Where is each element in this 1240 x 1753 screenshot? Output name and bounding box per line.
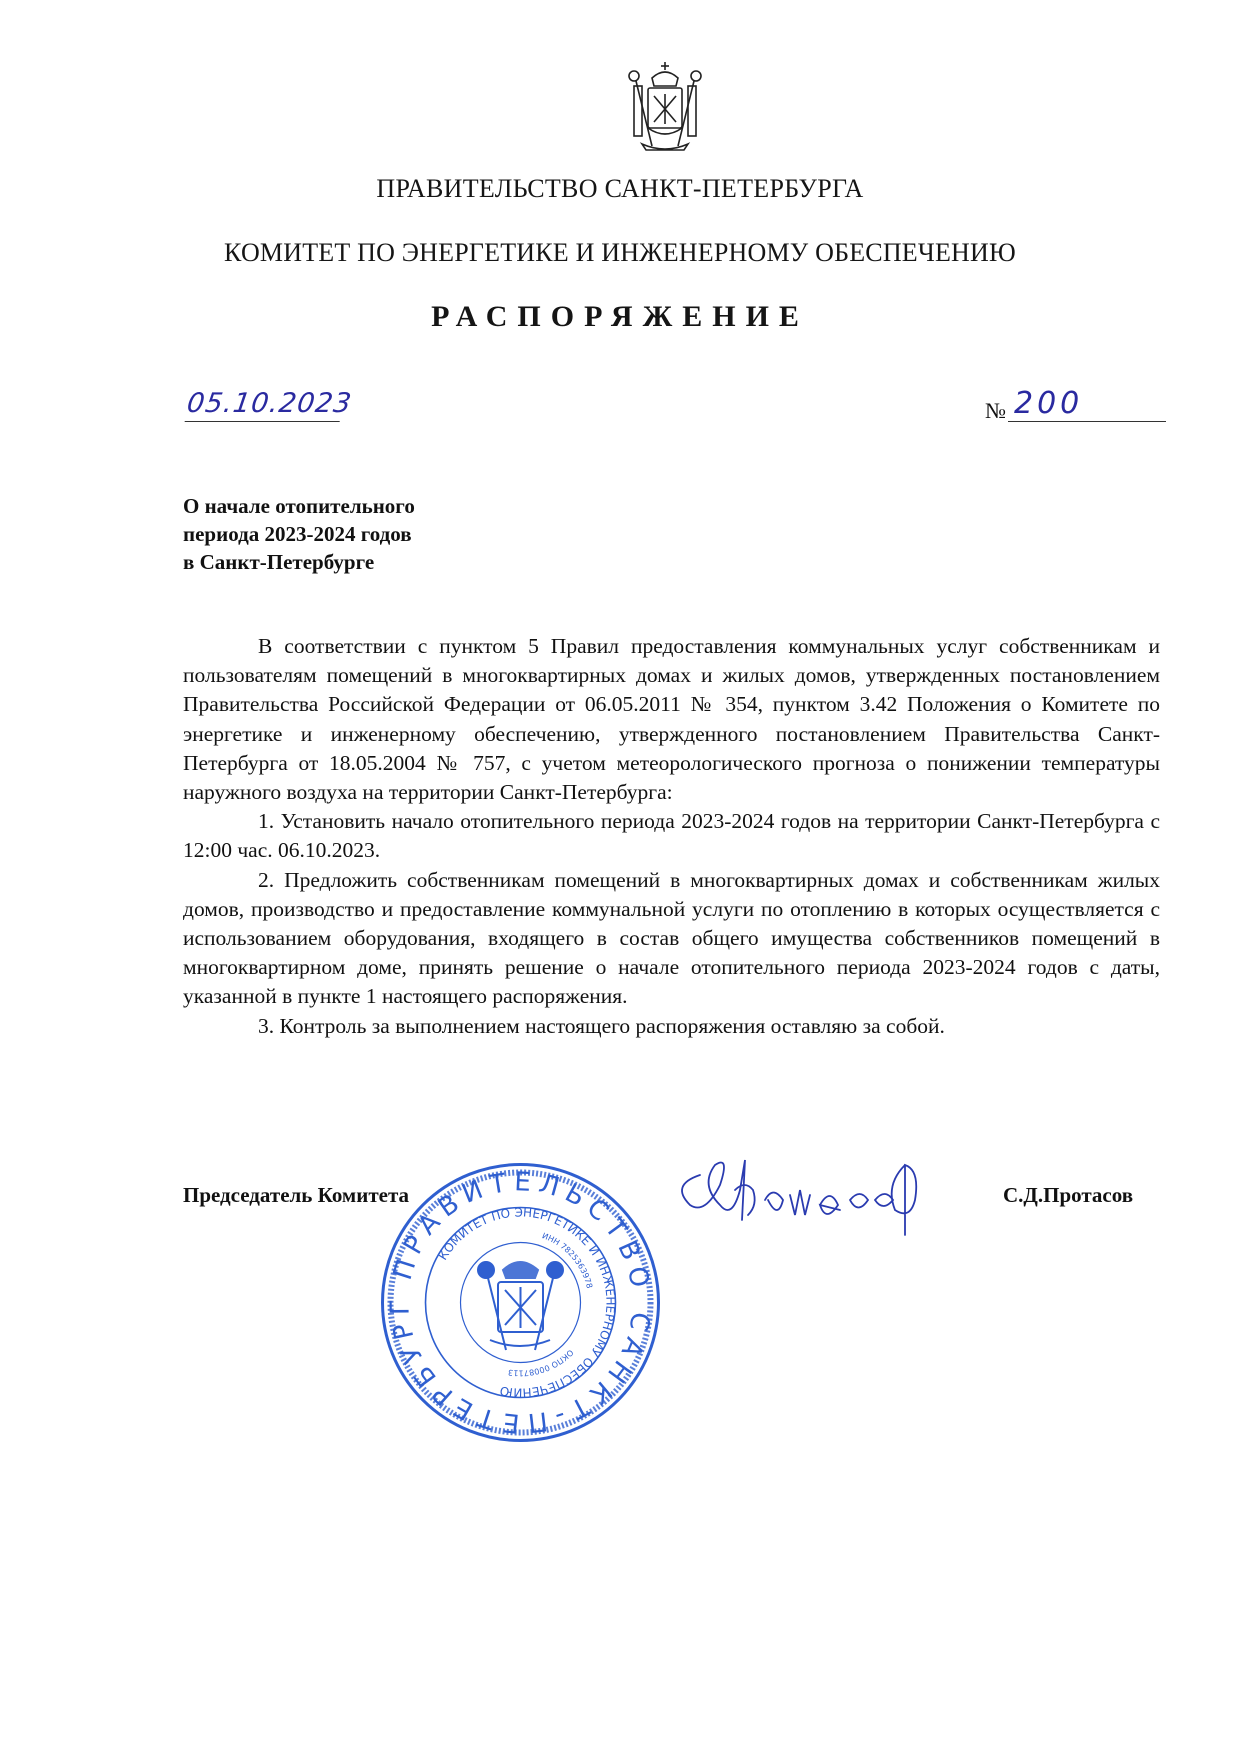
official-stamp: ПРАВИТЕЛЬСТВО САНКТ-ПЕТЕРБУРГА КОМИТЕТ П… xyxy=(378,1160,663,1445)
government-title: ПРАВИТЕЛЬСТВО САНКТ-ПЕТЕРБУРГА xyxy=(0,174,1240,204)
committee-title: КОМИТЕТ ПО ЭНЕРГЕТИКЕ И ИНЖЕНЕРНОМУ ОБЕС… xyxy=(0,238,1240,268)
order-item-1: 1. Установить начало отопительного перио… xyxy=(183,807,1160,865)
number-label: № xyxy=(985,398,1006,424)
document-body: В соответствии с пунктом 5 Правил предос… xyxy=(183,632,1160,1041)
document-type: РАСПОРЯЖЕНИЕ xyxy=(0,300,1240,334)
subject-line: в Санкт-Петербурге xyxy=(183,548,415,576)
subject-line: О начале отопительного xyxy=(183,492,415,520)
signatory-position: Председатель Комитета xyxy=(183,1183,409,1208)
preamble-paragraph: В соответствии с пунктом 5 Правил предос… xyxy=(183,632,1160,807)
document-date: 05.10.2023 xyxy=(185,388,345,422)
document-number: 200 xyxy=(1008,386,1166,422)
order-item-3: 3. Контроль за выполнением настоящего ра… xyxy=(183,1012,1160,1041)
document-subject: О начале отопительного периода 2023-2024… xyxy=(183,492,415,576)
handwritten-signature xyxy=(670,1145,950,1255)
subject-line: периода 2023-2024 годов xyxy=(183,520,415,548)
document-page: ПРАВИТЕЛЬСТВО САНКТ-ПЕТЕРБУРГА КОМИТЕТ П… xyxy=(0,0,1240,1753)
coat-of-arms-icon xyxy=(622,56,708,156)
order-item-2: 2. Предложить собственникам помещений в … xyxy=(183,866,1160,1012)
signatory-name: С.Д.Протасов xyxy=(1003,1183,1133,1208)
